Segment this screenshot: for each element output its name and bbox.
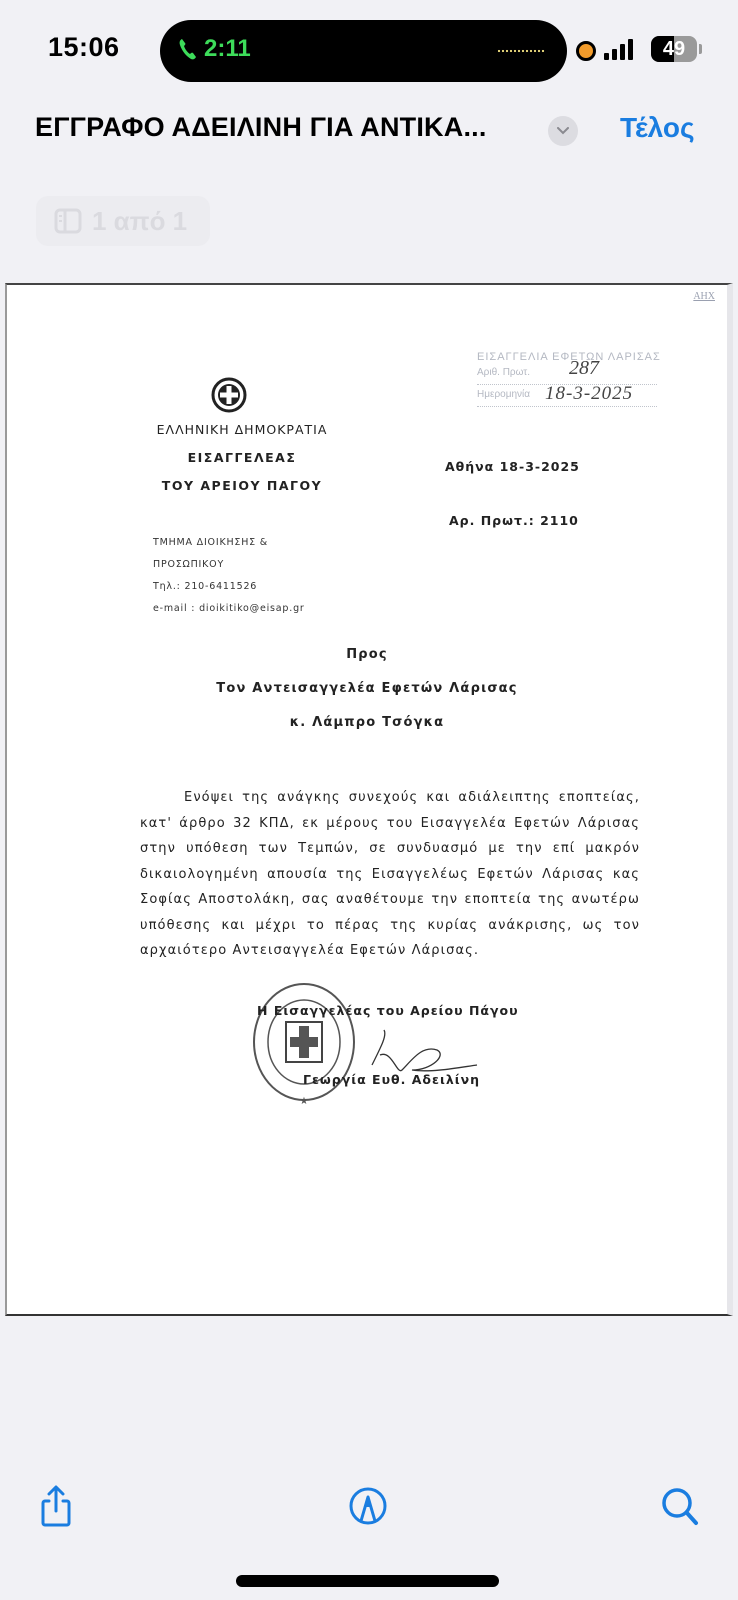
official-seal-icon: ★ bbox=[250, 980, 358, 1108]
markup-pen-icon bbox=[348, 1485, 388, 1527]
stamp-date-label: Ημερομηνία bbox=[477, 389, 530, 400]
dynamic-island-call[interactable]: 2:11 bbox=[160, 20, 567, 82]
page-indicator[interactable]: 1 από 1 bbox=[36, 196, 210, 246]
recipient-block: Προς Τον Αντεισαγγελέα Εφετών Λάρισας κ.… bbox=[7, 647, 727, 749]
call-duration: 2:11 bbox=[204, 35, 251, 63]
audio-waveform-icon bbox=[497, 49, 545, 53]
battery-icon: 49 bbox=[651, 36, 697, 62]
recipient-to: Προς bbox=[7, 647, 727, 662]
received-stamp: ΕΙΣΑΓΓΕΛΙΑ ΕΦΕΤΩΝ ΛΑΡΙΣΑΣ Αριθ. Πρωτ. 28… bbox=[477, 351, 687, 407]
battery-percent: 49 bbox=[651, 38, 697, 61]
share-icon bbox=[36, 1485, 76, 1527]
cellular-signal-icon bbox=[604, 38, 633, 60]
document-page[interactable]: ΑΗΧ ΕΛΛΗΝΙΚΗ ΔΗΜΟΚΡΑΤΙΑ ΕΙΣΑΓΓΕΛΕΑΣ ΤΟΥ … bbox=[5, 283, 733, 1316]
search-button[interactable] bbox=[660, 1485, 700, 1527]
signatory-title: Η Εισαγγελέας του Αρείου Πάγου bbox=[257, 1003, 519, 1018]
done-button[interactable]: Τέλος bbox=[620, 112, 695, 144]
department-line1: ΤΜΗΜΑ ΔΙΟΙΚΗΣΗΣ & bbox=[153, 537, 305, 548]
phone-icon bbox=[178, 37, 198, 61]
svg-text:★: ★ bbox=[300, 1096, 309, 1107]
share-button[interactable] bbox=[36, 1485, 76, 1527]
page-count: 1 από 1 bbox=[92, 206, 187, 237]
department-phone: Τηλ.: 210-6411526 bbox=[153, 581, 305, 592]
call-indicator: 2:11 bbox=[178, 35, 251, 63]
corner-mark: ΑΗΧ bbox=[693, 291, 715, 302]
protocol-number: Αρ. Πρωτ.: 2110 bbox=[449, 513, 579, 528]
issuer-country: ΕΛΛΗΝΙΚΗ ΔΗΜΟΚΡΑΤΙΑ bbox=[142, 422, 342, 437]
stamp-date-row: Ημερομηνία 18-3-2025 bbox=[477, 389, 657, 407]
stamp-protocol-label: Αριθ. Πρωτ. bbox=[477, 367, 530, 378]
sidebar-icon bbox=[54, 208, 82, 234]
battery-tip bbox=[699, 44, 702, 54]
letter-body: Ενόψει της ανάγκης συνεχούς και αδιάλειπ… bbox=[140, 785, 640, 964]
markup-button[interactable] bbox=[348, 1485, 388, 1527]
status-time: 15:06 bbox=[48, 32, 120, 63]
department-info: ΤΜΗΜΑ ΔΙΟΙΚΗΣΗΣ & ΠΡΟΣΩΠΙΚΟΥ Τηλ.: 210-6… bbox=[153, 537, 305, 625]
place-date: Αθήνα 18-3-2025 bbox=[445, 459, 580, 474]
department-line2: ΠΡΟΣΩΠΙΚΟΥ bbox=[153, 559, 305, 570]
greek-emblem-icon bbox=[211, 377, 247, 413]
stamp-protocol-value: 287 bbox=[569, 357, 599, 380]
department-email: e-mail : dioikitiko@eisap.gr bbox=[153, 603, 305, 614]
home-indicator[interactable] bbox=[236, 1575, 499, 1587]
signatory-name: Γεωργία Ευθ. Αδειλίνη bbox=[303, 1072, 480, 1087]
issuer-court: ΤΟΥ ΑΡΕΙΟΥ ΠΑΓΟΥ bbox=[142, 478, 342, 493]
issuer-header: ΕΛΛΗΝΙΚΗ ΔΗΜΟΚΡΑΤΙΑ ΕΙΣΑΓΓΕΛΕΑΣ ΤΟΥ ΑΡΕΙ… bbox=[142, 422, 342, 493]
mic-indicator-dot bbox=[576, 41, 596, 61]
title-menu-button[interactable] bbox=[548, 116, 578, 146]
recipient-line2: κ. Λάμπρο Τσόγκα bbox=[7, 715, 727, 730]
recipient-line1: Τον Αντεισαγγελέα Εφετών Λάρισας bbox=[7, 681, 727, 696]
chevron-down-icon bbox=[557, 127, 569, 135]
stamp-date-value: 18-3-2025 bbox=[545, 383, 633, 405]
issuer-office: ΕΙΣΑΓΓΕΛΕΑΣ bbox=[142, 450, 342, 465]
search-icon bbox=[660, 1485, 700, 1527]
document-title[interactable]: ΕΓΓΡΑΦΟ ΑΔΕΙΛΙΝΗ ΓΙΑ ΑΝΤΙΚΑ... bbox=[35, 112, 487, 143]
